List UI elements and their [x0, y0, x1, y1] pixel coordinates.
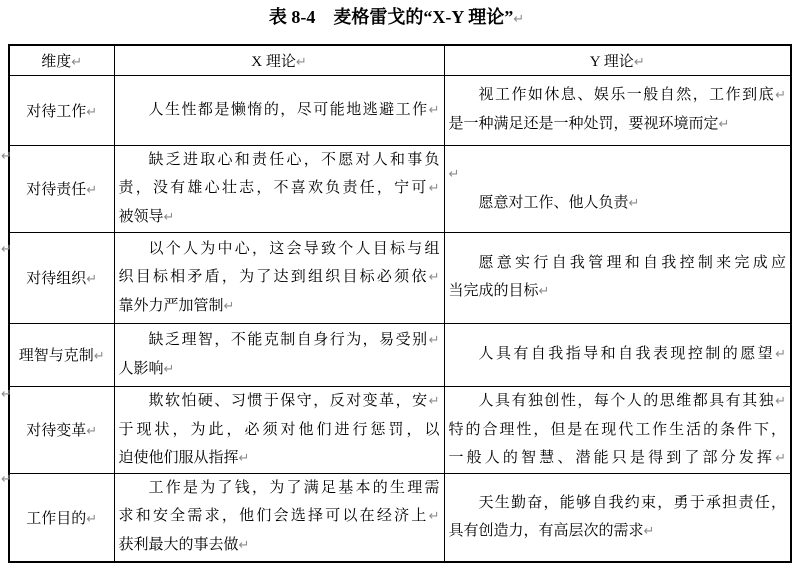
line-break-mark-icon: ↵ — [164, 362, 175, 377]
dimension-cell: 对待工作↵ — [9, 75, 114, 145]
line-text: 是一种满足还是一种处罚，要视环境而定 — [449, 116, 719, 132]
line-break-mark-icon: ↵ — [429, 333, 440, 348]
theory-x-cell: 人生性都是懒惰的，尽可能地逃避工作↵ — [114, 75, 444, 145]
paragraph-mark-icon: ↵ — [86, 105, 97, 120]
line-break-mark-icon: ↵ — [429, 181, 440, 196]
line-break-mark-icon: ↵ — [719, 117, 730, 132]
line-text: 当完成的目标 — [449, 283, 539, 299]
text-line: 以个人为中心，这会导致个人目标与组 — [119, 235, 440, 263]
text-line: 一般人的智慧、潜能只是得到了部分发挥↵ — [449, 444, 787, 473]
dimension-label: 对待工作 — [26, 104, 86, 120]
column-header-dimension: 维度↵ — [9, 45, 114, 75]
text-line: 获利最大的事去做↵ — [119, 531, 440, 560]
line-text: 织目标相矛盾，为了达到组织目标必须依 — [119, 269, 429, 285]
text-line: 欺软怕硬、习惯于保守，反对变革，安↵ — [119, 387, 440, 416]
dimension-label: 工作目的 — [26, 511, 86, 527]
document-page: 表 8-4 麦格雷戈的“X-Y 理论”↵ 维度↵ X 理论↵ Y 理论↵ 对待工… — [0, 0, 793, 564]
table-caption-text: 表 8-4 麦格雷戈的“X-Y 理论” — [269, 7, 513, 27]
dimension-cell: 对待责任↵ — [9, 145, 114, 232]
line-break-mark-icon: ↵ — [429, 509, 440, 524]
line-text: 具有创造力，有高层次的需求 — [449, 523, 644, 539]
text-line: 人生性都是懒惰的，尽可能地逃避工作↵ — [119, 96, 440, 125]
line-text: 缺乏理智，不能克制自身行为，易受别 — [149, 332, 429, 348]
table-row: 对待责任↵ 缺乏进取心和责任心，不愿对人和事负责，没有雄心壮志，不喜欢负责任，宁… — [9, 145, 791, 232]
line-text: 欺软怕硬、习惯于保守，反对变革，安 — [149, 393, 429, 409]
line-text: 被领导 — [119, 209, 164, 225]
paragraph-mark-icon: ↵ — [86, 424, 97, 439]
theory-y-cell: 人具有独创性，每个人的思维都具有其独↵特的合理性，但是在现代工作生活的条件下，一… — [444, 386, 791, 473]
dimension-label: 对待变革 — [26, 423, 86, 439]
dimension-cell: 对待组织↵ — [9, 232, 114, 323]
line-text: 获利最大的事去做 — [119, 537, 239, 553]
table-row: 理智与克制↵ 缺乏理智，不能克制自身行为，易受别↵人影响↵ 人具有自我指导和自我… — [9, 323, 791, 386]
line-text: 缺乏进取心和责任心，不愿对人和事负 — [149, 152, 440, 168]
line-text: 视工作如休息、娱乐一般自然，工作到底 — [479, 87, 776, 103]
paragraph-mark-icon: ↵ — [86, 272, 97, 287]
table-row: 对待工作↵ 人生性都是懒惰的，尽可能地逃避工作↵ 视工作如休息、娱乐一般自然，工… — [9, 75, 791, 145]
line-text: 人生性都是懒惰的，尽可能地逃避工作 — [149, 102, 429, 118]
paragraph-mark-icon: ↵ — [296, 55, 307, 70]
theory-y-cell: 视工作如休息、娱乐一般自然，工作到底↵是一种满足还是一种处罚，要视环境而定↵ — [444, 75, 791, 145]
margin-paragraph-mark-icon: ↵ — [1, 150, 12, 164]
line-break-mark-icon: ↵ — [775, 88, 786, 103]
theory-x-cell: 缺乏理智，不能克制自身行为，易受别↵人影响↵ — [114, 323, 444, 386]
line-break-mark-icon: ↵ — [224, 299, 235, 314]
table-row: 对待组织↵ 以个人为中心，这会导致个人目标与组织目标相矛盾，为了达到组织目标必须… — [9, 232, 791, 323]
line-text: 靠外力严加管制 — [119, 298, 224, 314]
line-text: 天生勤奋，能够自我约束，勇于承担责任， — [479, 495, 787, 511]
theory-x-cell: 缺乏进取心和责任心，不愿对人和事负责，没有雄心壮志，不喜欢负责任，宁可↵被领导↵ — [114, 145, 444, 232]
header-label: Y 理论 — [590, 54, 634, 70]
text-line: 缺乏进取心和责任心，不愿对人和事负 — [119, 146, 440, 174]
line-text: 工作是为了钱，为了满足基本的生理需 — [149, 480, 440, 496]
text-line: 愿意对工作、他人负责↵ — [449, 189, 787, 218]
header-label: 维度 — [41, 54, 71, 70]
line-break-mark-icon: ↵ — [775, 394, 786, 409]
theory-y-cell: 人具有自我指导和自我表现控制的愿望↵ — [444, 323, 791, 386]
header-row: 维度↵ X 理论↵ Y 理论↵ — [9, 45, 791, 75]
paragraph-mark-icon: ↵ — [71, 55, 82, 70]
line-text: 人具有独创性，每个人的思维都具有其独 — [479, 393, 776, 409]
line-break-mark-icon: ↵ — [629, 196, 640, 211]
text-line: 于现状，为此，必须对他们进行惩罚，以 — [119, 416, 440, 444]
dimension-label: 对待组织 — [26, 271, 86, 287]
line-break-mark-icon: ↵ — [429, 394, 440, 409]
line-break-mark-icon: ↵ — [239, 538, 250, 553]
text-line: 人影响↵ — [119, 355, 440, 384]
text-line: 迫使他们服从指挥↵ — [119, 444, 440, 473]
paragraph-mark-icon: ↵ — [634, 55, 645, 70]
dimension-label: 理智与克制 — [19, 348, 94, 364]
text-line: 当完成的目标↵ — [449, 277, 787, 306]
text-line: 愿意实行自我管理和自我控制来完成应 — [449, 249, 787, 277]
paragraph-mark-icon: ↵ — [86, 512, 97, 527]
theory-y-cell: ↵愿意对工作、他人负责↵ — [444, 145, 791, 232]
text-line: 被领导↵ — [119, 203, 440, 232]
text-line: 具有创造力，有高层次的需求↵ — [449, 517, 787, 546]
line-break-mark-icon: ↵ — [164, 210, 175, 225]
line-break-mark-icon: ↵ — [429, 270, 440, 285]
text-line: 工作是为了钱，为了满足基本的生理需 — [119, 474, 440, 502]
text-line: ↵ — [449, 160, 787, 189]
header-label: X 理论 — [251, 54, 296, 70]
line-text: 人影响 — [119, 361, 164, 377]
column-header-theory-y: Y 理论↵ — [444, 45, 791, 75]
margin-paragraph-mark-icon: ↵ — [1, 243, 12, 257]
column-header-theory-x: X 理论↵ — [114, 45, 444, 75]
dimension-cell: 工作目的↵ — [9, 473, 114, 562]
theory-x-cell: 以个人为中心，这会导致个人目标与组织目标相矛盾，为了达到组织目标必须依↵靠外力严… — [114, 232, 444, 323]
paragraph-mark-icon: ↵ — [94, 349, 105, 364]
text-line: 求和安全需求，他们会选择可以在经济上↵ — [119, 502, 440, 531]
line-break-mark-icon: ↵ — [239, 451, 250, 466]
dimension-cell: 理智与克制↵ — [9, 323, 114, 386]
line-text: 愿意实行自我管理和自我控制来完成应 — [479, 255, 787, 271]
table-row: 对待变革↵ 欺软怕硬、习惯于保守，反对变革，安↵于现状，为此，必须对他们进行惩罚… — [9, 386, 791, 473]
table-row: 工作目的↵ 工作是为了钱，为了满足基本的生理需求和安全需求，他们会选择可以在经济… — [9, 473, 791, 562]
paragraph-mark-icon: ↵ — [86, 183, 97, 198]
line-text: 迫使他们服从指挥 — [119, 450, 239, 466]
theory-x-cell: 工作是为了钱，为了满足基本的生理需求和安全需求，他们会选择可以在经济上↵获利最大… — [114, 473, 444, 562]
line-text: 责，没有雄心壮志，不喜欢负责任，宁可 — [119, 180, 429, 196]
table-caption: 表 8-4 麦格雷戈的“X-Y 理论”↵ — [0, 4, 793, 33]
line-break-mark-icon: ↵ — [539, 284, 550, 299]
text-line: 责，没有雄心壮志，不喜欢负责任，宁可↵ — [119, 174, 440, 203]
text-line: 织目标相矛盾，为了达到组织目标必须依↵ — [119, 263, 440, 292]
text-line: 缺乏理智，不能克制自身行为，易受别↵ — [119, 326, 440, 355]
text-line: 靠外力严加管制↵ — [119, 292, 440, 321]
dimension-cell: 对待变革↵ — [9, 386, 114, 473]
line-text: 愿意对工作、他人负责 — [479, 195, 629, 211]
xy-theory-table: 维度↵ X 理论↵ Y 理论↵ 对待工作↵ 人生性都是懒惰的，尽可能地逃避工作↵… — [8, 44, 792, 563]
line-break-mark-icon: ↵ — [644, 524, 655, 539]
theory-y-cell: 愿意实行自我管理和自我控制来完成应当完成的目标↵ — [444, 232, 791, 323]
text-line: 视工作如休息、娱乐一般自然，工作到底↵ — [449, 81, 787, 110]
theory-y-cell: 天生勤奋，能够自我约束，勇于承担责任，具有创造力，有高层次的需求↵ — [444, 473, 791, 562]
line-break-mark-icon: ↵ — [775, 451, 786, 466]
line-text: 特的合理性，但是在现代工作生活的条件下， — [449, 422, 787, 438]
text-line: 特的合理性，但是在现代工作生活的条件下， — [449, 416, 787, 444]
text-line: 天生勤奋，能够自我约束，勇于承担责任， — [449, 489, 787, 517]
line-break-mark-icon: ↵ — [429, 103, 440, 118]
text-line: 人具有自我指导和自我表现控制的愿望↵ — [449, 340, 787, 369]
line-text: 一般人的智慧、潜能只是得到了部分发挥 — [449, 450, 776, 466]
margin-paragraph-mark-icon: ↵ — [1, 388, 12, 402]
text-line: 是一种满足还是一种处罚，要视环境而定↵ — [449, 110, 787, 139]
line-text: 人具有自我指导和自我表现控制的愿望 — [479, 346, 776, 362]
line-text: 以个人为中心，这会导致个人目标与组 — [149, 241, 440, 257]
text-line: 人具有独创性，每个人的思维都具有其独↵ — [449, 387, 787, 416]
line-break-mark-icon: ↵ — [775, 347, 786, 362]
line-text: 求和安全需求，他们会选择可以在经济上 — [119, 508, 429, 524]
paragraph-mark-icon: ↵ — [513, 12, 524, 27]
dimension-label: 对待责任 — [26, 182, 86, 198]
line-break-mark-icon: ↵ — [449, 167, 460, 182]
margin-paragraph-mark-icon: ↵ — [1, 473, 12, 487]
line-text: 于现状，为此，必须对他们进行惩罚，以 — [119, 422, 440, 438]
theory-x-cell: 欺软怕硬、习惯于保守，反对变革，安↵于现状，为此，必须对他们进行惩罚，以迫使他们… — [114, 386, 444, 473]
